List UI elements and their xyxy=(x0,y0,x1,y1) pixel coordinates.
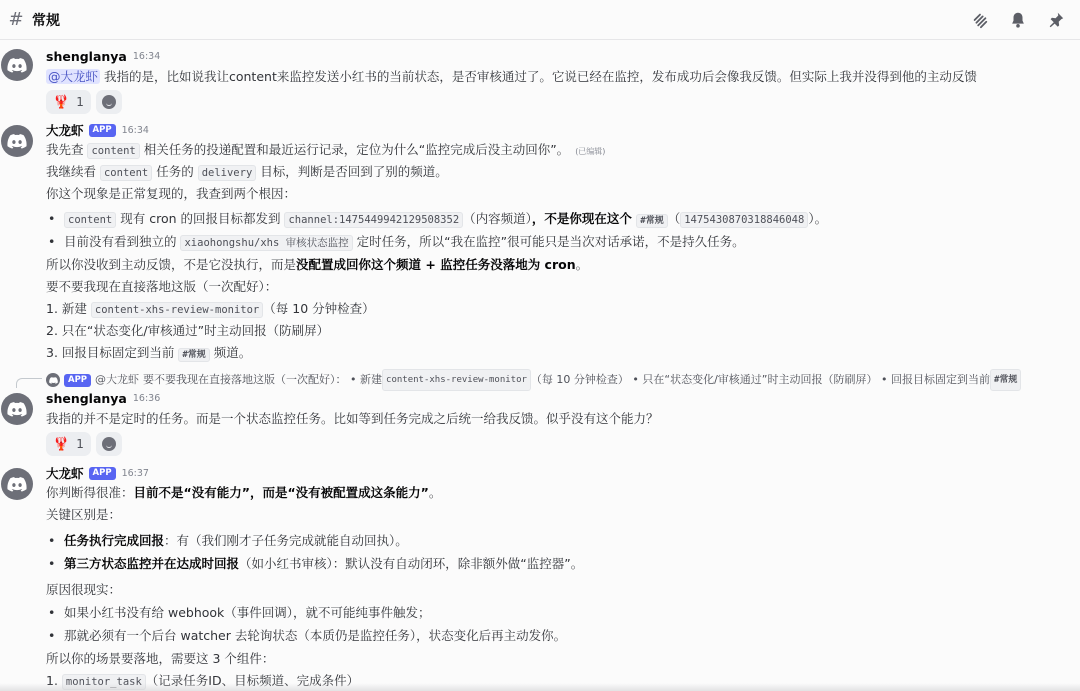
reaction-count: 1 xyxy=(76,437,84,451)
author-name[interactable]: shenglanya xyxy=(46,49,127,64)
discord-logo-icon xyxy=(7,402,27,417)
lobster-emoji-icon: 🦞 xyxy=(53,95,69,110)
bullet-item: •第三方状态监控并在达成时回报（如小红书审核）：默认没有自动闭环，除非额外做“监… xyxy=(46,552,1080,575)
discord-logo-icon xyxy=(7,477,27,492)
author-name[interactable]: 大龙虾 xyxy=(46,464,84,482)
app-badge: APP xyxy=(89,124,116,137)
timestamp[interactable]: 16:37 xyxy=(122,468,149,479)
pin-icon[interactable] xyxy=(1046,10,1066,30)
inline-code: content xyxy=(64,212,116,228)
reply-spine xyxy=(16,378,42,388)
list-item: 3. 回报目标固定到当前 #常规 频道。 xyxy=(46,342,1080,364)
scroll-fade xyxy=(0,683,1080,691)
message-line: 要不要我现在直接落地这版（一次配好）： xyxy=(46,276,1080,298)
channel-mention[interactable]: #常规 xyxy=(990,369,1021,391)
list-item: 2. 只在“状态变化/审核通过”时主动回报（防刷屏） xyxy=(46,320,1080,342)
reaction-lobster[interactable]: 🦞1 xyxy=(46,432,91,456)
timestamp[interactable]: 16:36 xyxy=(133,393,160,404)
reaction-lobster[interactable]: 🦞1 xyxy=(46,90,91,114)
inline-code: content-xhs-review-monitor xyxy=(91,302,263,318)
inline-code: 1475430870318846048 xyxy=(680,212,808,228)
message-line: 你判断得很准：目前不是“没有能力”，而是“没有被配置成这条能力”。 xyxy=(46,482,1080,504)
inline-code: content xyxy=(87,143,139,159)
channel-mention[interactable]: #常规 xyxy=(178,348,209,362)
message-content: 我指的并不是定时的任务。而是一个状态监控任务。比如等到任务完成之后统一给我反馈。… xyxy=(46,407,1080,430)
inline-code: content xyxy=(100,165,152,181)
add-reaction-button[interactable] xyxy=(96,432,122,456)
channel-mention[interactable]: #常规 xyxy=(636,214,667,228)
bullet-item: •content 现有 cron 的回报目标都发到 channel:147544… xyxy=(46,207,1080,230)
smiley-icon xyxy=(102,437,116,451)
message-list[interactable]: shenglanya 16:34 @大龙虾 我指的是，比如说我让content来… xyxy=(0,41,1080,691)
threads-icon[interactable] xyxy=(970,10,990,30)
bell-icon[interactable] xyxy=(1008,10,1028,30)
bullet-item: •如果小红书没有给 webhook（事件回调），就不可能纯事件触发； xyxy=(46,601,1080,624)
bullet-item: •目前没有看到独立的 xiaohongshu/xhs 审核状态监控 定时任务，所… xyxy=(46,230,1080,253)
avatar[interactable] xyxy=(1,468,33,500)
discord-logo-icon xyxy=(7,134,27,149)
author-name[interactable]: shenglanya xyxy=(46,391,127,406)
inline-code: channel:1475449942129508352 xyxy=(284,212,463,228)
reply-avatar xyxy=(46,373,60,387)
channel-title: 常规 xyxy=(32,10,60,30)
inline-code: delivery xyxy=(198,165,257,181)
channel-hash-icon: # xyxy=(6,9,26,30)
channel-header: # 常规 xyxy=(0,0,1080,40)
message-line: 你这个现象是正常复现的，我查到两个根因： xyxy=(46,183,1080,205)
message-line: 原因很现实： xyxy=(46,578,1080,601)
inline-code: content-xhs-review-monitor xyxy=(382,369,531,391)
user-mention[interactable]: @大龙虾 xyxy=(46,69,100,84)
reply-author[interactable]: @大龙虾 xyxy=(95,371,139,389)
bullet-item: •那就必须有一个后台 watcher 去轮询状态（本质仍是监控任务），状态变化后… xyxy=(46,624,1080,647)
message-line: 所以你没收到主动反馈，不是它没执行，而是没配置成回你这个频道 + 监控任务没落地… xyxy=(46,253,1080,276)
message-line: 所以你的场景要落地，需要这 3 个组件： xyxy=(46,647,1080,670)
app-badge: APP xyxy=(64,374,91,387)
add-reaction-button[interactable] xyxy=(96,90,122,114)
reply-preview[interactable]: APP @大龙虾 要不要我现在直接落地这版（一次配好）： • 新建 conten… xyxy=(0,369,1080,387)
message-line: 我继续看 content 任务的 delivery 目标，判断是否回到了别的频道… xyxy=(46,161,1080,183)
inline-code: xiaohongshu/xhs 审核状态监控 xyxy=(180,235,352,251)
avatar[interactable] xyxy=(1,49,33,81)
timestamp[interactable]: 16:34 xyxy=(122,125,149,136)
reaction-bar: 🦞1 xyxy=(46,90,1080,114)
message-line: 关键区别是： xyxy=(46,504,1080,526)
list-item: 1. 新建 content-xhs-review-monitor（每 10 分钟… xyxy=(46,298,1080,320)
bullet-item: •任务执行完成回报：有（我们刚才子任务完成就能自动回执）。 xyxy=(46,529,1080,552)
reaction-bar: 🦞1 xyxy=(46,432,1080,456)
smiley-icon xyxy=(102,95,116,109)
message-line: 我先查 content 相关任务的投递配置和最近运行记录，定位为什么“监控完成后… xyxy=(46,139,1080,161)
app-badge: APP xyxy=(89,467,116,480)
edited-label: (已编辑) xyxy=(575,147,605,156)
message-content: @大龙虾 我指的是，比如说我让content来监控发送小红书的当前状态，是否审核… xyxy=(46,65,1080,88)
discord-logo-icon xyxy=(7,58,27,73)
timestamp[interactable]: 16:34 xyxy=(133,51,160,62)
avatar[interactable] xyxy=(1,393,33,425)
author-name[interactable]: 大龙虾 xyxy=(46,121,84,139)
lobster-emoji-icon: 🦞 xyxy=(53,437,69,452)
avatar[interactable] xyxy=(1,125,33,157)
reaction-count: 1 xyxy=(76,95,84,109)
